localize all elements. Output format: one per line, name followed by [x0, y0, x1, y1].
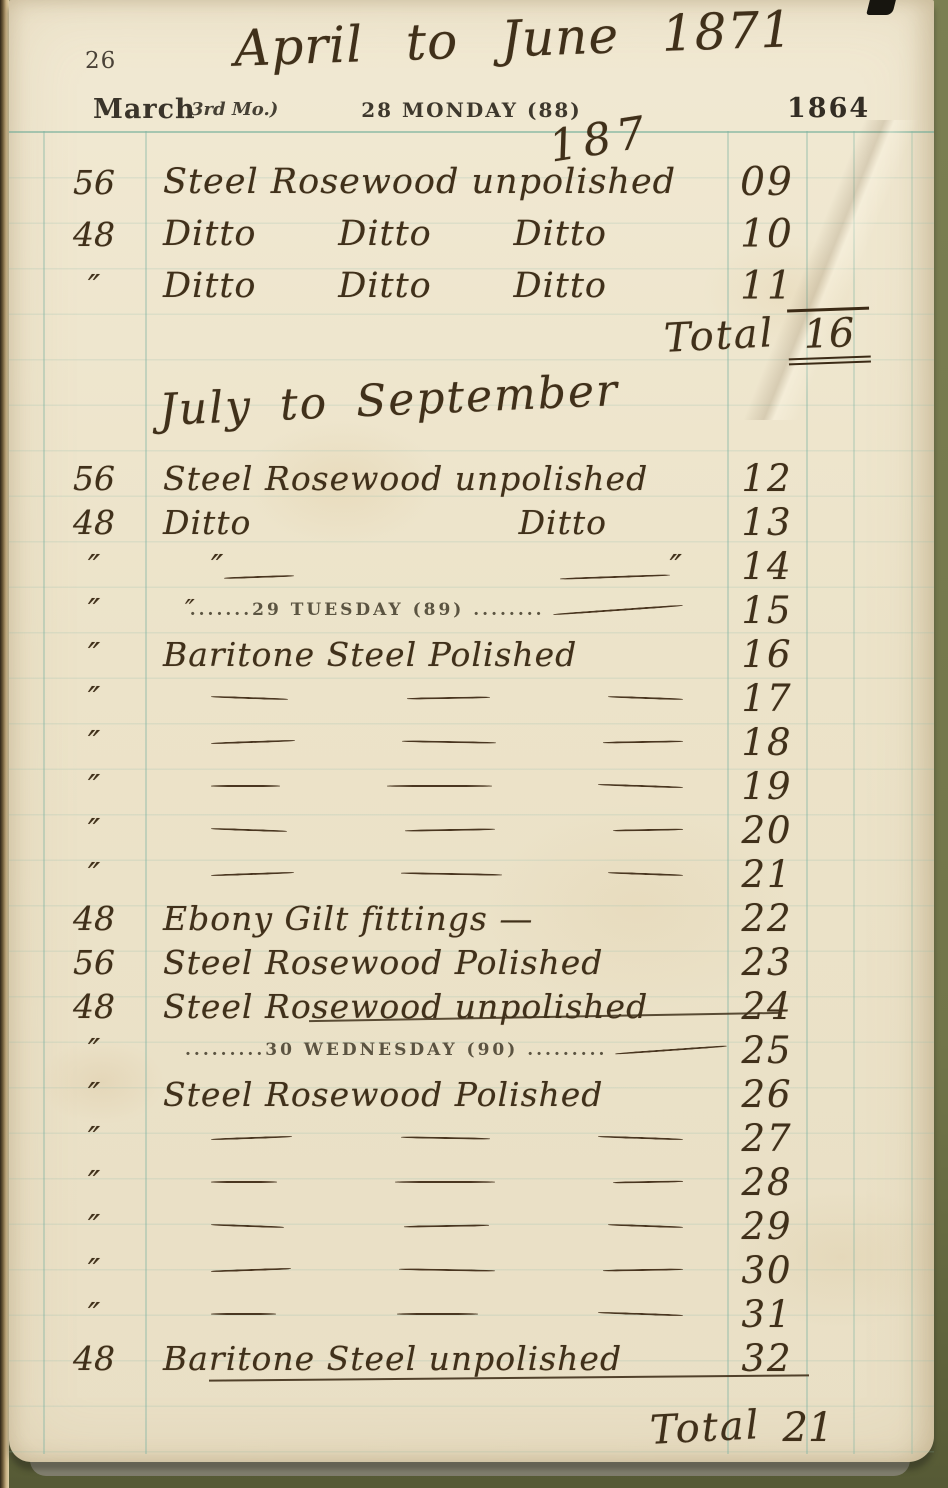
- dash-stroke: [598, 1312, 683, 1317]
- date-number: 15: [727, 589, 807, 632]
- description-cell: ″.......29 TUESDAY (89) ........: [145, 595, 727, 625]
- date-number: 19: [727, 765, 807, 808]
- quantity-cell: ″: [9, 1207, 145, 1246]
- dash-stroke: [224, 574, 294, 578]
- date-number: 09: [727, 160, 807, 205]
- ledger-row: ″21: [9, 852, 934, 896]
- ditto-mark-group: ″: [560, 547, 683, 586]
- quantity-cell: ″: [9, 1295, 145, 1334]
- quantity-cell: ″: [9, 547, 145, 586]
- date-number: 10: [727, 212, 807, 257]
- description-cell: DittoDitto: [145, 503, 727, 542]
- quantity-cell: 56: [9, 459, 145, 498]
- ledger-row: 56Steel Rosewood Polished23: [9, 940, 934, 984]
- ditto-mark: ″: [211, 547, 224, 586]
- dash-stroke: [387, 785, 492, 787]
- description-text: Ditto: [338, 214, 431, 254]
- description-cell: [145, 1181, 727, 1183]
- quantity-cell: 48: [9, 215, 145, 254]
- quantity-cell: ″: [9, 723, 145, 762]
- dash-stroke: [603, 740, 683, 743]
- quantity-cell: ″: [9, 591, 145, 630]
- description-text: Baritone Steel unpolished: [163, 1339, 622, 1378]
- ledger-row: 48Ebony Gilt fittings —22: [9, 896, 934, 940]
- quantity-cell: 48: [9, 899, 145, 938]
- ledger-sections: 56Steel Rosewood unpolished0918748DittoD…: [9, 140, 934, 1460]
- dash-stroke: [211, 1313, 276, 1315]
- description-text: Ditto: [519, 503, 607, 542]
- date-number: 30: [727, 1249, 807, 1292]
- dash-stroke: [603, 1268, 683, 1271]
- ledger-row: ″20: [9, 808, 934, 852]
- ledger-row: ″18: [9, 720, 934, 764]
- dash-stroke: [560, 574, 670, 580]
- description-cell: [145, 1137, 727, 1139]
- dash-stroke: [211, 785, 280, 787]
- ledger-row: ″30: [9, 1248, 934, 1292]
- dash-stroke: [211, 1268, 291, 1273]
- dash-stroke: [553, 604, 683, 615]
- dash-stroke: [608, 696, 683, 701]
- printed-day-divider: .........30 WEDNESDAY (90) .........: [185, 1040, 607, 1060]
- ledger-row: ″.........30 WEDNESDAY (90) .........25: [9, 1028, 934, 1072]
- ledger-row: ″″″14: [9, 544, 934, 588]
- total-label: Total: [662, 310, 775, 362]
- ledger-section: 56Steel Rosewood unpolished1248DittoDitt…: [9, 440, 934, 1460]
- date-number: 12: [727, 457, 807, 500]
- ledger-row: ″Baritone Steel Polished16: [9, 632, 934, 676]
- dash-stroke: [608, 1224, 683, 1229]
- dash-stroke: [211, 740, 295, 745]
- ledger-row: ″″.......29 TUESDAY (89) ........15: [9, 588, 934, 632]
- ledger-row: ″31: [9, 1292, 934, 1336]
- ledger-row: ″17: [9, 676, 934, 720]
- description-text: Ebony Gilt fittings —: [163, 899, 533, 938]
- scanned-ledger-page: 26 April to June 1871 March 3rd Mo.) 28 …: [0, 0, 948, 1488]
- description-text: Steel Rosewood Polished: [163, 943, 603, 982]
- description-cell: Baritone Steel Polished: [145, 635, 727, 674]
- ledger-row: ″DittoDittoDitto11: [9, 260, 934, 312]
- description-cell: [145, 1225, 727, 1227]
- quantity-cell: ″: [9, 1031, 145, 1070]
- ledger-row: 48DittoDitto13: [9, 500, 934, 544]
- quantity-cell: 48: [9, 1339, 145, 1378]
- description-text: Ditto: [163, 214, 256, 254]
- dash-stroke: [616, 1045, 727, 1055]
- description-cell: [145, 829, 727, 831]
- description-cell: Steel Rosewood unpolished: [145, 459, 727, 498]
- quantity-cell: ″: [9, 855, 145, 894]
- dash-stroke: [397, 1313, 478, 1315]
- dash-stroke: [405, 828, 495, 832]
- dash-stroke: [211, 872, 294, 877]
- date-number: 27: [727, 1117, 807, 1160]
- quantity-cell: 56: [9, 943, 145, 982]
- date-number: 16: [727, 633, 807, 676]
- description-cell: Steel Rosewood Polished: [145, 943, 727, 982]
- ledger-row: 56Steel Rosewood unpolished09187: [9, 156, 934, 208]
- ledger-row: ″Steel Rosewood Polished26: [9, 1072, 934, 1116]
- total-value: 21: [760, 1405, 856, 1451]
- dash-stroke: [608, 872, 683, 877]
- date-number: 31: [727, 1293, 807, 1336]
- date-number: 24: [727, 985, 807, 1028]
- date-number: 28: [727, 1161, 807, 1204]
- description-cell: Steel Rosewood unpolished: [145, 987, 727, 1026]
- description-cell: .........30 WEDNESDAY (90) .........: [145, 1040, 727, 1060]
- description-cell: Baritone Steel unpolished: [145, 1339, 727, 1378]
- total-row: Total21: [9, 1396, 934, 1460]
- description-text: Ditto: [514, 266, 607, 306]
- dash-stroke: [400, 1136, 489, 1140]
- description-cell: [145, 1313, 727, 1315]
- description-text: Ditto: [514, 214, 607, 254]
- description-text: Steel Rosewood unpolished: [163, 459, 648, 498]
- printed-day-divider: .......29 TUESDAY (89) ........: [190, 600, 545, 620]
- description-text: Steel Rosewood unpolished: [163, 162, 676, 202]
- quantity-cell: ″: [9, 1075, 145, 1114]
- header-rule-line: [9, 131, 934, 133]
- date-number: 26: [727, 1073, 807, 1116]
- description-cell: Ebony Gilt fittings —: [145, 899, 727, 938]
- ledger-row: 56Steel Rosewood unpolished12: [9, 456, 934, 500]
- date-number: 17: [727, 677, 807, 720]
- description-cell: [145, 873, 727, 875]
- date-number: 29: [727, 1205, 807, 1248]
- quantity-cell: 56: [9, 163, 145, 202]
- ledger-row: ″28: [9, 1160, 934, 1204]
- description-cell: Steel Rosewood Polished: [145, 1075, 727, 1114]
- dash-stroke: [403, 1224, 488, 1227]
- printed-year: 1864: [787, 93, 870, 124]
- ditto-mark: ″: [670, 547, 683, 586]
- section-heading-row: July to September: [9, 360, 934, 440]
- dash-stroke: [613, 828, 683, 831]
- quantity-cell: ″: [9, 767, 145, 806]
- ledger-section: 56Steel Rosewood unpolished0918748DittoD…: [9, 140, 934, 440]
- handwritten-quarter-title: April to June 1871: [233, 0, 794, 77]
- dash-stroke: [598, 1136, 683, 1141]
- date-number: 22: [727, 897, 807, 940]
- dash-stroke: [211, 1224, 284, 1229]
- dash-stroke: [406, 696, 489, 699]
- ledger-row: ″29: [9, 1204, 934, 1248]
- dash-stroke: [400, 872, 501, 876]
- quantity-cell: ″: [9, 679, 145, 718]
- total-label: Total: [648, 1402, 761, 1454]
- dash-stroke: [395, 1181, 495, 1183]
- dash-stroke: [598, 784, 683, 789]
- date-number: 20: [727, 809, 807, 852]
- description-cell: [145, 785, 727, 787]
- quantity-cell: ″: [9, 1251, 145, 1290]
- ledger-row: 48Steel Rosewood unpolished24: [9, 984, 934, 1028]
- ledger-row: 48Baritone Steel unpolished32: [9, 1336, 934, 1380]
- description-text: Steel Rosewood Polished: [163, 1075, 603, 1114]
- dash-stroke: [211, 696, 288, 701]
- page-number: 26: [85, 48, 116, 74]
- date-number: 18: [727, 721, 807, 764]
- quantity-cell: 48: [9, 987, 145, 1026]
- date-number: 11: [727, 264, 807, 309]
- description-cell: Steel Rosewood unpolished: [145, 162, 727, 202]
- section-heading: July to September: [158, 364, 620, 435]
- description-cell: DittoDittoDitto: [145, 266, 727, 306]
- dash-stroke: [211, 1181, 277, 1183]
- date-number: 25: [727, 1029, 807, 1072]
- quantity-cell: ″: [9, 1163, 145, 1202]
- dash-stroke: [211, 1136, 292, 1141]
- date-number: 23: [727, 941, 807, 984]
- quantity-cell: ″: [9, 1119, 145, 1158]
- description-text: Ditto: [338, 266, 431, 306]
- quantity-cell: ″: [9, 635, 145, 674]
- total-row: Total16: [9, 312, 934, 360]
- date-number: 14: [727, 545, 807, 588]
- description-text: Baritone Steel Polished: [163, 635, 577, 674]
- quantity-cell: 48: [9, 503, 145, 542]
- date-number: 13: [727, 501, 807, 544]
- dash-stroke: [402, 740, 496, 744]
- dash-stroke: [613, 1180, 683, 1183]
- description-cell: [145, 1269, 727, 1271]
- description-cell: [145, 741, 727, 743]
- book-page-edges-left: [0, 0, 9, 1488]
- total-value: 16: [787, 307, 871, 366]
- description-text: Steel Rosewood unpolished: [163, 987, 648, 1026]
- description-text: Ditto: [163, 266, 256, 306]
- dash-stroke: [211, 828, 287, 833]
- ditto-mark-group: ″: [211, 547, 294, 586]
- dash-stroke: [399, 1268, 495, 1272]
- date-number: 21: [727, 853, 807, 896]
- quantity-cell: ″: [9, 267, 145, 306]
- description-cell: [145, 697, 727, 699]
- ledger-row: 48DittoDittoDitto10: [9, 208, 934, 260]
- quantity-cell: ″: [9, 811, 145, 850]
- description-cell: DittoDittoDitto: [145, 214, 727, 254]
- description-text: Ditto: [163, 503, 251, 542]
- ledger-row: ″19: [9, 764, 934, 808]
- ledger-row: ″27: [9, 1116, 934, 1160]
- description-cell: ″″: [145, 547, 727, 586]
- date-number: 32: [727, 1337, 807, 1380]
